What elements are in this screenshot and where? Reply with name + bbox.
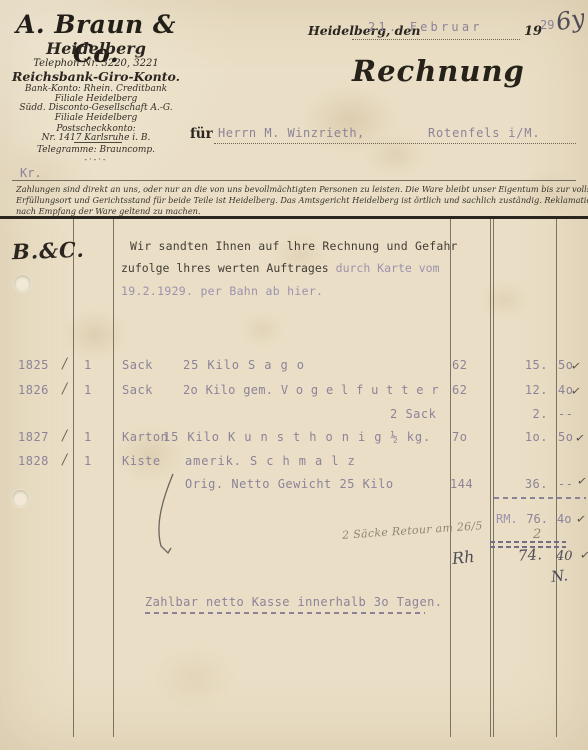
- qty-tick-icon: [60, 430, 70, 444]
- handwritten-prefix: Rh: [451, 547, 475, 568]
- invoice-title: Rechnung: [352, 54, 525, 88]
- recipient-name: Herrn M. Winzrieth,: [218, 126, 365, 140]
- item-number: 1827: [18, 430, 49, 444]
- pencil-subtotal: 2: [533, 527, 541, 542]
- amount-pf: --: [558, 477, 573, 491]
- amount-mark: 2.: [498, 407, 548, 421]
- telegram-line: Telegramme: Brauncomp.: [0, 145, 192, 155]
- item-unit: Kiste: [122, 454, 161, 468]
- giro-konto-line: Reichsbank-Giro-Konto.: [0, 69, 192, 84]
- kr-note: Kr.: [20, 166, 42, 180]
- item-qty: 1: [84, 430, 92, 444]
- for-label: für: [190, 126, 213, 142]
- double-dash-rule-top: [490, 541, 566, 543]
- unit-price: 62: [452, 358, 467, 372]
- amount-mark: 12.: [498, 383, 548, 397]
- item-unit: Sack: [122, 383, 153, 397]
- handwritten-total-mark: 74.: [517, 545, 542, 565]
- item-unit: Sack: [122, 358, 153, 372]
- item-qty: 1: [84, 454, 92, 468]
- item-number: 1825: [18, 358, 49, 372]
- stamp-initials: B.&C.: [12, 237, 86, 265]
- amount-mark: 15.: [498, 358, 548, 372]
- invoice-page: A. Braun & Co. Heidelberg Telephon Nr. 3…: [0, 0, 588, 750]
- item-row: 1825 1 Sack 25 Kilo S a g o 62 15. 5o ✓: [0, 358, 588, 378]
- terms-line-2: Erfüllungsort und Gerichtsstand für beid…: [16, 196, 572, 205]
- item-desc: 15 Kilo K u n s t h o n i g ½ kg.: [163, 430, 431, 444]
- total-mark: 76.: [500, 512, 548, 526]
- intro-line-2: zufolge lhres werten Auftrages durch Kar…: [121, 261, 440, 275]
- item-desc: 2 Sack: [390, 407, 436, 421]
- item-desc: 2o Kilo gem. V o g e l f u t t e r: [183, 383, 439, 397]
- item-desc: 25 Kilo S a g o: [183, 358, 305, 372]
- telephone-line: Telephon Nr. 3220, 3221: [0, 58, 192, 69]
- unit-price: 62: [452, 383, 467, 397]
- amount-mark: 1o.: [498, 430, 548, 444]
- checkmark-icon: ✓: [575, 511, 587, 526]
- bank-line-1: Bank-Konto: Rhein. Creditbank: [0, 84, 192, 94]
- checkmark-icon: ✓: [570, 358, 582, 373]
- item-unit: Karton: [122, 430, 168, 444]
- handwritten-flourish: N.: [550, 566, 569, 586]
- checkmark-icon: ✓: [574, 430, 586, 445]
- item-number: 1828: [18, 454, 49, 468]
- checkmark-icon: ✓: [570, 383, 582, 398]
- punch-hole-top: [14, 275, 31, 292]
- item-row: Orig. Netto Gewicht 25 Kilo 144 36. -- ✓: [0, 477, 588, 497]
- payment-terms-rule: [145, 612, 425, 614]
- ornament-divider: -·-·-: [0, 155, 192, 164]
- amount-pf: --: [558, 407, 573, 421]
- total-pf: 4o: [557, 512, 571, 526]
- punch-hole-bottom: [12, 490, 29, 507]
- item-qty: 1: [84, 358, 92, 372]
- handwritten-initials: 6y: [554, 4, 587, 37]
- item-row: 2 Sack 2. --: [0, 407, 588, 427]
- year-typed: 29: [540, 18, 554, 32]
- item-row: 1826 1 Sack 2o Kilo gem. V o g e l f u t…: [0, 383, 588, 403]
- intro-line-3: 19.2.1929. per Bahn ab hier.: [121, 284, 323, 298]
- karlsruhe-underline: [74, 142, 122, 143]
- recipient-place: Rotenfels i/M.: [428, 126, 540, 140]
- bank-line-4: Filiale Heidelberg: [0, 113, 192, 123]
- handwritten-total-pf: 40: [556, 549, 573, 564]
- date-dotted-line: [352, 39, 520, 40]
- qty-tick-icon: [60, 358, 70, 372]
- checkmark-icon: ✓: [576, 473, 588, 488]
- intro-line-1: Wir sandten Ihnen auf lhre Rechnung und …: [130, 239, 458, 253]
- item-desc: amerik. S c h m a l z: [185, 454, 356, 468]
- amount-dashed-rule: [494, 497, 586, 499]
- recipient-dotted-line: [214, 143, 576, 144]
- intro-line-2-light: durch Karte vom: [336, 261, 440, 275]
- intro-line-2-dark: zufolge lhres werten Auftrages: [121, 261, 336, 275]
- unit-price: 144: [450, 477, 473, 491]
- company-city: Heidelberg: [0, 39, 192, 58]
- table-top-rule: [0, 216, 588, 219]
- typed-date: 21. Februar: [368, 20, 483, 34]
- bank-line-3: Südd. Disconto-Gesellschaft A.-G.: [0, 103, 192, 113]
- item-desc: Orig. Netto Gewicht 25 Kilo: [185, 477, 394, 491]
- amount-mark: 36.: [498, 477, 548, 491]
- checkmark-icon: ✓: [579, 547, 588, 562]
- item-number: 1826: [18, 383, 49, 397]
- header-rule: [12, 180, 576, 181]
- unit-price: 7o: [452, 430, 467, 444]
- total-row: RM. 76. 4o ✓: [0, 512, 588, 530]
- qty-tick-icon: [60, 454, 70, 468]
- terms-line-3: nach Empfang der Ware geltend zu machen.: [16, 207, 572, 216]
- qty-tick-icon: [60, 383, 70, 397]
- item-qty: 1: [84, 383, 92, 397]
- terms-line-1: Zahlungen sind direkt an uns, oder nur a…: [16, 185, 572, 194]
- item-row: 1828 1 Kiste amerik. S c h m a l z: [0, 454, 588, 474]
- payment-terms: Zahlbar netto Kasse innerhalb 3o Tagen.: [145, 595, 442, 609]
- amount-pf: 5o: [558, 430, 573, 444]
- item-row: 1827 1 Karton 15 Kilo K u n s t h o n i …: [0, 430, 588, 450]
